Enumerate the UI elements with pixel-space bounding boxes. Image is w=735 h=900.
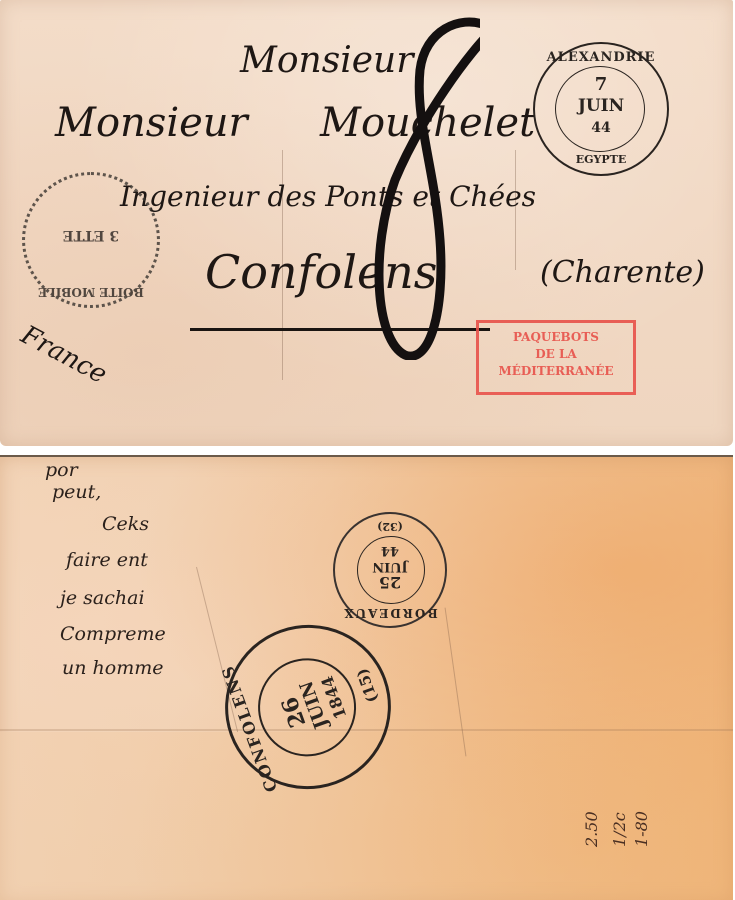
postmark-month: JUIN	[535, 96, 667, 116]
letter-text-line: Ceks	[102, 513, 149, 535]
postmark-dept: (32)	[335, 520, 445, 533]
postmark-month: JUIN	[335, 559, 445, 574]
letter-text-line: peut,	[52, 481, 101, 503]
address-title: Monsieur	[55, 100, 248, 146]
postmark-left-circular: 3 ETTE BOITE MOBILE	[22, 172, 160, 308]
postmark-year: 44	[335, 543, 445, 558]
envelope-front: Monsieur Monsieur Mouchelet Ingenieur de…	[0, 0, 733, 446]
postmark-center-text: 3 ETTE	[25, 227, 157, 243]
rate-notation: 1-80	[632, 811, 651, 847]
envelope-back: por peut, Ceks faire ent je sachai Compr…	[0, 455, 733, 900]
letter-text-line: je sachai	[60, 587, 145, 609]
postmark-day: 25	[335, 573, 445, 592]
letter-text-line: faire ent	[66, 549, 148, 571]
paquebots-cachet: PAQUEBOTS DE LA MÉDITERRANÉE	[476, 320, 636, 395]
postmark-bordeaux: BORDEAUX 25 JUIN 44 (32)	[333, 512, 447, 628]
cachet-line-1: PAQUEBOTS	[479, 329, 633, 346]
postmark-year: 44	[535, 120, 667, 136]
postmark-country: EGYPTE	[535, 153, 667, 166]
cachet-line-3: MÉDITERRANÉE	[479, 363, 633, 380]
postmark-day: 7	[535, 74, 667, 95]
rate-notation: 1/2c	[610, 812, 629, 847]
rate-notation: 2.50	[582, 811, 601, 847]
letter-text-line: por	[45, 459, 78, 481]
postmark-alexandrie: ALEXANDRIE 7 JUIN 44 EGYPTE	[533, 42, 669, 176]
tax-marking-8	[360, 10, 480, 360]
cachet-line-2: DE LA	[479, 346, 633, 363]
postmark-ring-text: BOITE MOBILE	[25, 285, 157, 299]
letter-text-line: Compreme	[60, 623, 166, 645]
postmark-town: ALEXANDRIE	[535, 50, 667, 65]
letter-text-line: un homme	[62, 657, 163, 679]
routing-france: France	[16, 320, 112, 390]
address-department: (Charente)	[540, 255, 705, 290]
